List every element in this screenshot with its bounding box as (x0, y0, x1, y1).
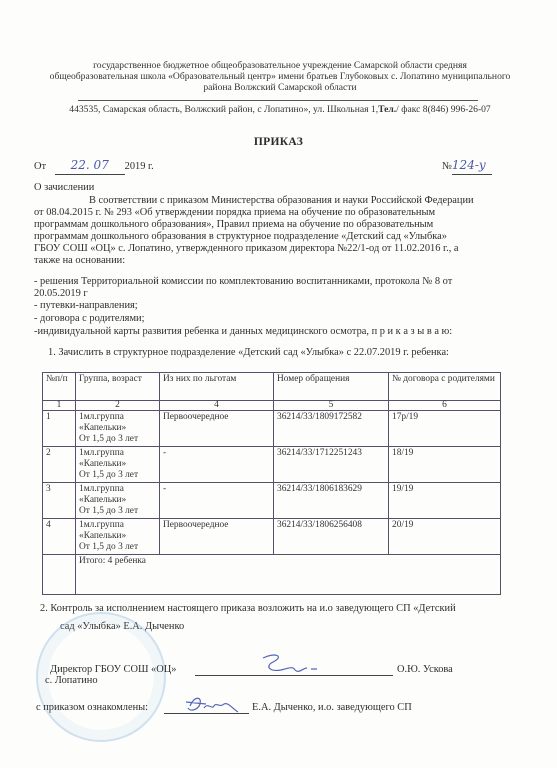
order-number: №124-у (442, 159, 492, 175)
body-line: В соответствии с приказом Министерства о… (89, 195, 474, 208)
enrollment-table: №п/п Группа, возраст Из них по льготам Н… (42, 372, 501, 595)
group-line: От 1,5 до 3 лет (79, 542, 156, 553)
col-header-group: Группа, возраст (76, 373, 160, 401)
table-row: 31мл.группа«Капельки»От 1,5 до 3 лет-362… (43, 483, 501, 519)
body-line: программам дошкольного образования в стр… (34, 231, 447, 244)
group-line: От 1,5 до 3 лет (79, 434, 156, 445)
table-index-row: 1 2 4 5 6 (43, 401, 501, 411)
number-field: 124-у (452, 159, 492, 175)
phone-number: / факс 8(846) 996-26-07 (396, 104, 491, 115)
body-line: программам дошкольного образования», Пра… (34, 219, 433, 232)
table-row: 21мл.группа«Капельки»От 1,5 до 3 лет-362… (43, 447, 501, 483)
group-line: «Капельки» (79, 423, 156, 434)
number-prefix: № (442, 161, 452, 172)
benefit-cell: Первоочередное (160, 519, 274, 555)
body-line: также на основании: (34, 255, 125, 268)
body-line: ГБОУ СОШ «ОЦ» с. Лопатино, утвержденного… (34, 243, 459, 256)
total-cell: Итого: 4 ребенка (76, 555, 501, 595)
contract-number-cell: 19/19 (389, 483, 501, 519)
group-line: От 1,5 до 3 лет (79, 506, 156, 517)
index-cell: 6 (389, 401, 501, 411)
group-cell: 1мл.группа«Капельки»От 1,5 до 3 лет (76, 447, 160, 483)
group-line: 1мл.группа (79, 484, 156, 495)
header-divider (78, 100, 478, 101)
org-line-1: государственное бюджетное общеобразовате… (40, 60, 520, 72)
group-line: «Капельки» (79, 495, 156, 506)
order-subject: О зачислении (34, 182, 94, 195)
group-line: «Капельки» (79, 531, 156, 542)
director-label-location: с. Лопатино (45, 675, 98, 688)
benefit-cell: Первоочередное (160, 411, 274, 447)
date-year: 2019 г. (125, 161, 154, 172)
contract-number-cell: 20/19 (389, 519, 501, 555)
request-number-cell: 36214/33/1712251243 (274, 447, 389, 483)
contract-number-cell: 18/19 (389, 447, 501, 483)
index-cell: 1 (43, 401, 76, 411)
request-number-cell: 36214/33/1809172582 (274, 411, 389, 447)
group-line: 1мл.группа (79, 448, 156, 459)
org-line-3: района Волжский Самарской области (40, 82, 520, 94)
group-line: 1мл.группа (79, 412, 156, 423)
benefit-cell: - (160, 447, 274, 483)
ack-signature-icon (184, 692, 244, 718)
number-handwritten: 124-у (452, 158, 486, 172)
group-line: 1мл.группа (79, 520, 156, 531)
phone-label: Тел. (378, 104, 396, 115)
body-line: -индивидуальной карты развития ребенка и… (34, 326, 452, 339)
table-row: 11мл.группа«Капельки»От 1,5 до 3 летПерв… (43, 411, 501, 447)
director-signature-icon (255, 652, 325, 678)
org-address: 443535, Самарская область, Волжский райо… (40, 104, 520, 115)
table-total-row: Итого: 4 ребенка (43, 555, 501, 595)
row-number-cell: 1 (43, 411, 76, 447)
benefit-cell: - (160, 483, 274, 519)
request-number-cell: 36214/33/1806256408 (274, 519, 389, 555)
total-empty-cell (43, 555, 76, 595)
col-header-request: Номер обращения (274, 373, 389, 401)
order-date: От 22. 07 2019 г. (34, 159, 154, 175)
row-number-cell: 4 (43, 519, 76, 555)
date-field: 22. 07 (55, 159, 125, 175)
table-header-row: №п/п Группа, возраст Из них по льготам Н… (43, 373, 501, 401)
org-line-2: общеобразовательная школа «Образовательн… (40, 71, 520, 83)
date-prefix: От (34, 161, 46, 172)
row-number-cell: 2 (43, 447, 76, 483)
director-name: О.Ю. Ускова (397, 664, 453, 677)
ack-name: Е.А. Дыченко, и.о. заведующего СП (252, 702, 412, 715)
body-line: - решения Территориальной комиссии по ко… (34, 276, 452, 289)
row-number-cell: 3 (43, 483, 76, 519)
body-line: 20.05.2019 г (34, 288, 88, 301)
address-text: 443535, Самарская область, Волжский райо… (69, 104, 378, 115)
date-handwritten: 22. 07 (71, 158, 109, 172)
col-header-contract: № договора с родителями (389, 373, 501, 401)
group-line: От 1,5 до 3 лет (79, 470, 156, 481)
index-cell: 2 (76, 401, 160, 411)
body-line: - договора с родителями; (34, 313, 144, 326)
request-number-cell: 36214/33/1806183629 (274, 483, 389, 519)
acknowledged-label: с приказом ознакомлены: (36, 702, 148, 715)
table-row: 41мл.группа«Капельки»От 1,5 до 3 летПерв… (43, 519, 501, 555)
index-cell: 4 (160, 401, 274, 411)
contract-number-cell: 17р/19 (389, 411, 501, 447)
index-cell: 5 (274, 401, 389, 411)
col-header-number: №п/п (43, 373, 76, 401)
order-item-1: 1. Зачислить в структурное подразделение… (48, 347, 449, 360)
group-cell: 1мл.группа«Капельки»От 1,5 до 3 лет (76, 411, 160, 447)
document-title: ПРИКАЗ (0, 136, 557, 148)
body-line: - путевки-направления; (34, 300, 138, 313)
group-cell: 1мл.группа«Капельки»От 1,5 до 3 лет (76, 483, 160, 519)
group-cell: 1мл.группа«Капельки»От 1,5 до 3 лет (76, 519, 160, 555)
col-header-benefit: Из них по льготам (160, 373, 274, 401)
body-line: от 08.04.2015 г. № 293 «Об утверждении п… (34, 207, 435, 220)
group-line: «Капельки» (79, 459, 156, 470)
